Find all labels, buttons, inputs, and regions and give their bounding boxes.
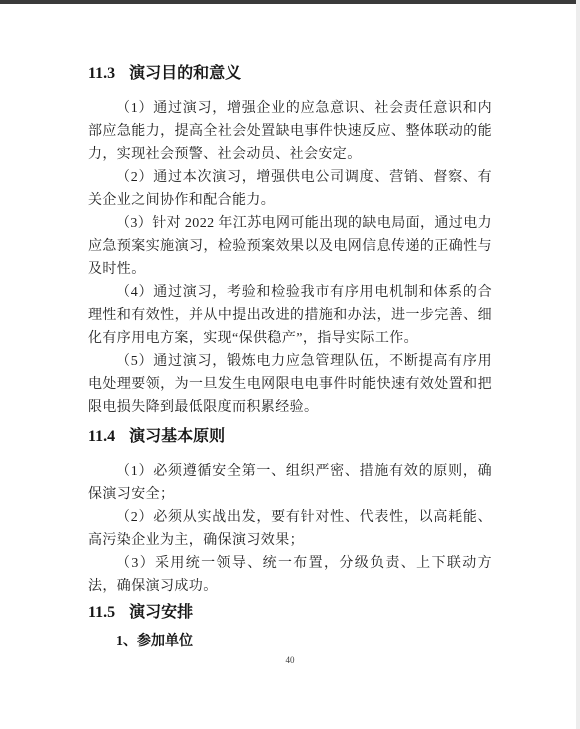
page-right-edge [576,0,580,729]
section-number: 11.3 [88,65,115,82]
paragraph-11-3-1: （1）通过演习，增强企业的应急意识、社会责任意识和内部应急能力，提高全社会处置缺… [88,97,492,166]
document-page-content: 11.3演习目的和意义 （1）通过演习，增强企业的应急意识、社会责任意识和内部应… [88,0,492,651]
section-heading-11-3: 11.3演习目的和意义 [88,63,492,84]
paragraph-11-4-2: （2）必须从实战出发，要有针对性、代表性，以高耗能、高污染企业为主，确保演习效果… [88,506,492,552]
subheading-participating-units: 1、参加单位 [88,633,492,651]
paragraph-11-4-1: （1）必须遵循安全第一、组织严密、措施有效的原则，确保演习安全； [88,460,492,506]
section-title: 演习安排 [129,604,193,621]
paragraph-11-4-3: （3）采用统一领导、统一布置，分级负责、上下联动方法，确保演习成功。 [88,552,492,598]
paragraph-11-3-4: （4）通过演习，考验和检验我市有序用电机制和体系的合理性和有效性，并从中提出改进… [88,281,492,350]
paragraph-11-3-3: （3）针对 2022 年江苏电网可能出现的缺电局面，通过电力应急预案实施演习，检… [88,212,492,281]
paragraph-11-3-5: （5）通过演习，锻炼电力应急管理队伍，不断提高有序用电处理要领，为一旦发生电网限… [88,350,492,419]
section-heading-11-5: 11.5演习安排 [88,602,492,623]
section-heading-11-4: 11.4演习基本原则 [88,426,492,447]
page-number: 40 [0,655,580,665]
section-number: 11.5 [88,604,115,621]
section-title: 演习基本原则 [129,428,225,445]
section-number: 11.4 [88,428,115,445]
paragraph-11-3-2: （2）通过本次演习，增强供电公司调度、营销、督察、有关企业之间协作和配合能力。 [88,166,492,212]
section-title: 演习目的和意义 [129,65,241,82]
